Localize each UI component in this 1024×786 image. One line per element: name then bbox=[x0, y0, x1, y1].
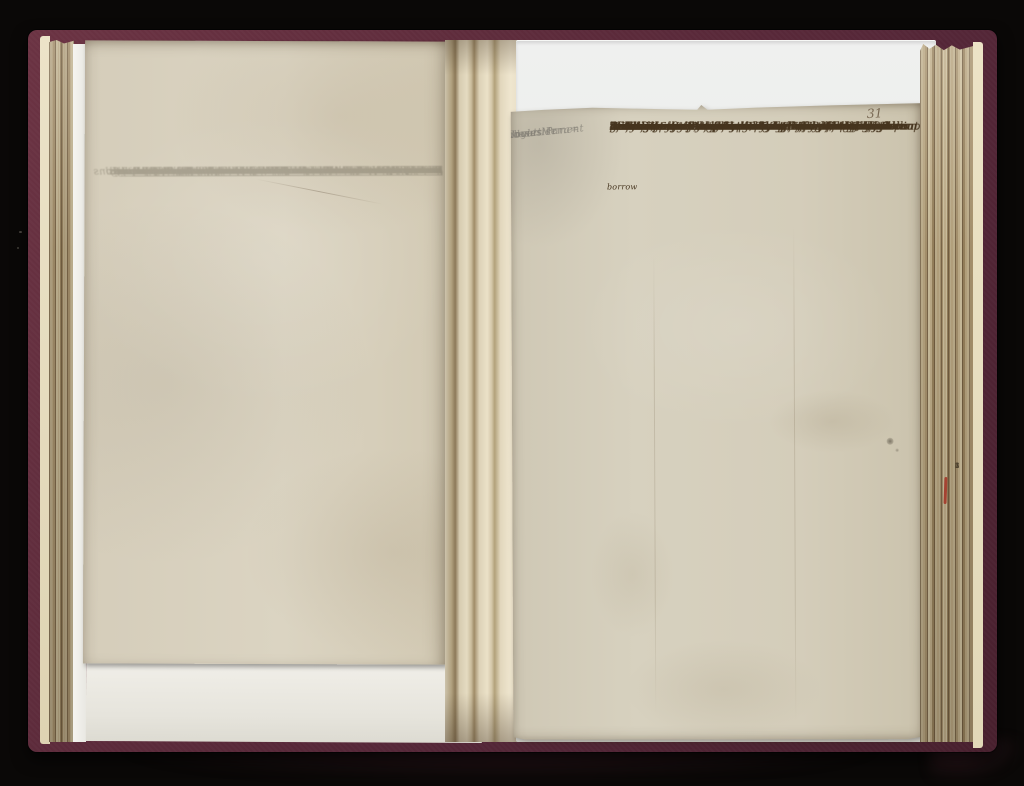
pencil-note-line: theses bbox=[507, 126, 542, 143]
vertical-fold-crease bbox=[793, 224, 796, 724]
white-backing-sheet-left-bottom bbox=[86, 655, 482, 743]
photograph-of-open-book: The Titles of these Papers in the first … bbox=[0, 0, 1024, 786]
right-leaf-wrapper: 31 advertisementabout MrBoyles Para=thes… bbox=[512, 104, 922, 740]
bleedthrough-line: so much bbox=[367, 161, 443, 180]
page-stubs-left-edge bbox=[49, 40, 74, 742]
right-page-manuscript-leaf: 31 advertisementabout MrBoyles Para=thes… bbox=[511, 103, 924, 741]
endpaper-left-edge bbox=[40, 36, 50, 744]
endpaper-right-edge bbox=[973, 42, 983, 748]
folio-number: 31 bbox=[866, 105, 903, 121]
interlinear-insertion: borrow bbox=[607, 182, 637, 191]
binding-gutter bbox=[445, 40, 518, 742]
pencil-margin-note: advertisementabout MrBoyles Para=theses bbox=[507, 120, 611, 130]
fore-edge-numeral: 3 bbox=[955, 462, 960, 470]
vertical-fold-crease bbox=[653, 254, 656, 714]
left-page-blank-verso: The Titles of these Papers in the first … bbox=[83, 40, 448, 664]
bleedthrough-mirrored-text: The Titles of these Papers in the first … bbox=[93, 161, 443, 162]
paper-crease bbox=[256, 179, 384, 205]
manuscript-line: Tract whereof it makes a Part. bbox=[610, 121, 788, 134]
dust-speck bbox=[19, 231, 22, 233]
dust-speck bbox=[17, 247, 19, 249]
fore-edge-page-stack bbox=[920, 44, 973, 742]
